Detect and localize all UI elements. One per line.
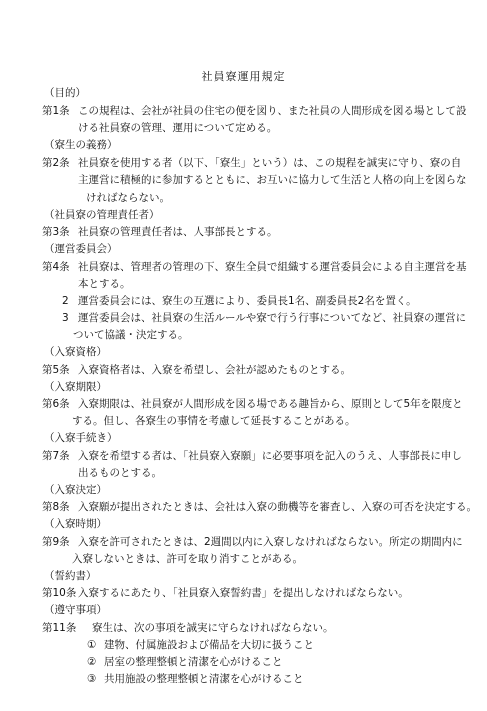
article-number: 第5条 xyxy=(42,363,70,377)
section-heading: （寮生の義務） xyxy=(44,138,118,152)
paragraph-text: ついて協議・決定する。 xyxy=(73,328,189,342)
article-number: 第9条 xyxy=(42,535,70,549)
article-text: 本とする。 xyxy=(78,277,131,291)
article-text: 入寮を許可されたときは、2週間以内に入寮しなければならない。所定の期間内に xyxy=(78,535,463,549)
article-text: 入寮期限は、社員寮が人間形成を図る場である趣旨から、原則として5年を限度と xyxy=(78,397,463,411)
article-text: ける社員寮の管理、運用について定める。 xyxy=(78,121,277,135)
article-text: 社員寮の管理責任者は、人事部長とする。 xyxy=(78,225,278,239)
section-heading: （目的） xyxy=(44,86,86,100)
section-heading: （運営委員会） xyxy=(44,242,118,256)
article-text: 社員寮は、管理者の管理の下、寮生全員で組織する運営委員会による自主運営を基 xyxy=(78,260,467,274)
list-item: 居室の整理整頓と清潔を心がけること xyxy=(104,655,283,669)
article-number: 第4条 xyxy=(42,260,70,274)
list-item-number: ③ xyxy=(87,672,96,686)
article-number: 第7条 xyxy=(42,449,70,463)
article-text: 寮生は、次の事項を誠実に守らなければならない。 xyxy=(92,621,334,635)
document-page: 社員寮運用規定 （目的） 第1条 この規程は、会社が社員の住宅の便を図り、また社… xyxy=(0,0,487,711)
article-text: ければならない。 xyxy=(86,191,170,205)
article-text: 入寮するにあたり、「社員寮入寮誓約書」を提出しなければならない。 xyxy=(78,586,409,600)
list-item-number: ② xyxy=(87,655,96,669)
article-text: この規程は、会社が社員の住宅の便を図り、また社員の人間形成を図る場として設 xyxy=(78,104,467,118)
section-heading: （遵守事項） xyxy=(44,603,107,617)
article-number: 第2条 xyxy=(42,156,70,170)
paragraph-text: 運営委員会は、社員寮の生活ルールや寮で行う行事についてなど、社員寮の運営に xyxy=(78,311,466,325)
article-text: 入寮資格者は、入寮を希望し、会社が認めたものとする。 xyxy=(78,363,351,377)
list-item: 建物、付属施設および備品を大切に扱うこと xyxy=(104,638,314,652)
article-number: 第1条 xyxy=(42,104,70,118)
list-item: 共用施設の整理整頓と清潔を心がけること xyxy=(104,672,304,686)
article-text: 社員寮を使用する者（以下、「寮生」という）は、この規程を誠実に守り、寮の自 xyxy=(78,156,461,170)
section-heading: （入寮時期） xyxy=(44,517,107,531)
section-heading: （入寮期限） xyxy=(44,380,107,394)
article-number: 第3条 xyxy=(42,225,70,239)
document-title: 社員寮運用規定 xyxy=(0,68,487,84)
section-heading: （誓約書） xyxy=(44,569,97,583)
article-number: 第10条 xyxy=(42,586,76,600)
article-text: 入寮を希望する者は、「社員寮入寮願」に必要事項を記入のうえ、人事部長に申し xyxy=(78,449,462,463)
article-text: 出るものとする。 xyxy=(78,466,162,480)
section-heading: （入寮資格） xyxy=(44,345,107,359)
article-text: 主運営に積極的に参加するとともに、お互いに協力して生活と人格の向上を図らな xyxy=(78,173,467,187)
paragraph-number: 2 xyxy=(62,294,69,308)
paragraph-number: 3 xyxy=(62,311,69,325)
article-number: 第6条 xyxy=(42,397,70,411)
section-heading: （社員寮の管理責任者） xyxy=(44,208,160,222)
article-number: 第11条 xyxy=(42,621,76,635)
article-text: 入寮願が提出されたときは、会社は入寮の動機等を審査し、入寮の可否を決定する。 xyxy=(78,500,477,514)
section-heading: （入寮手続き） xyxy=(44,431,118,445)
article-text: 入寮しないときは、許可を取り消すことがある。 xyxy=(72,552,303,566)
paragraph-text: 運営委員会には、寮生の互選により、委員長1名、副委員長2名を置く。 xyxy=(78,294,417,308)
section-heading: （入寮決定） xyxy=(44,483,107,497)
article-text: する。但し、各寮生の事情を考慮して延長することがある。 xyxy=(72,414,356,428)
list-item-number: ① xyxy=(87,638,96,652)
article-number: 第8条 xyxy=(42,500,70,514)
